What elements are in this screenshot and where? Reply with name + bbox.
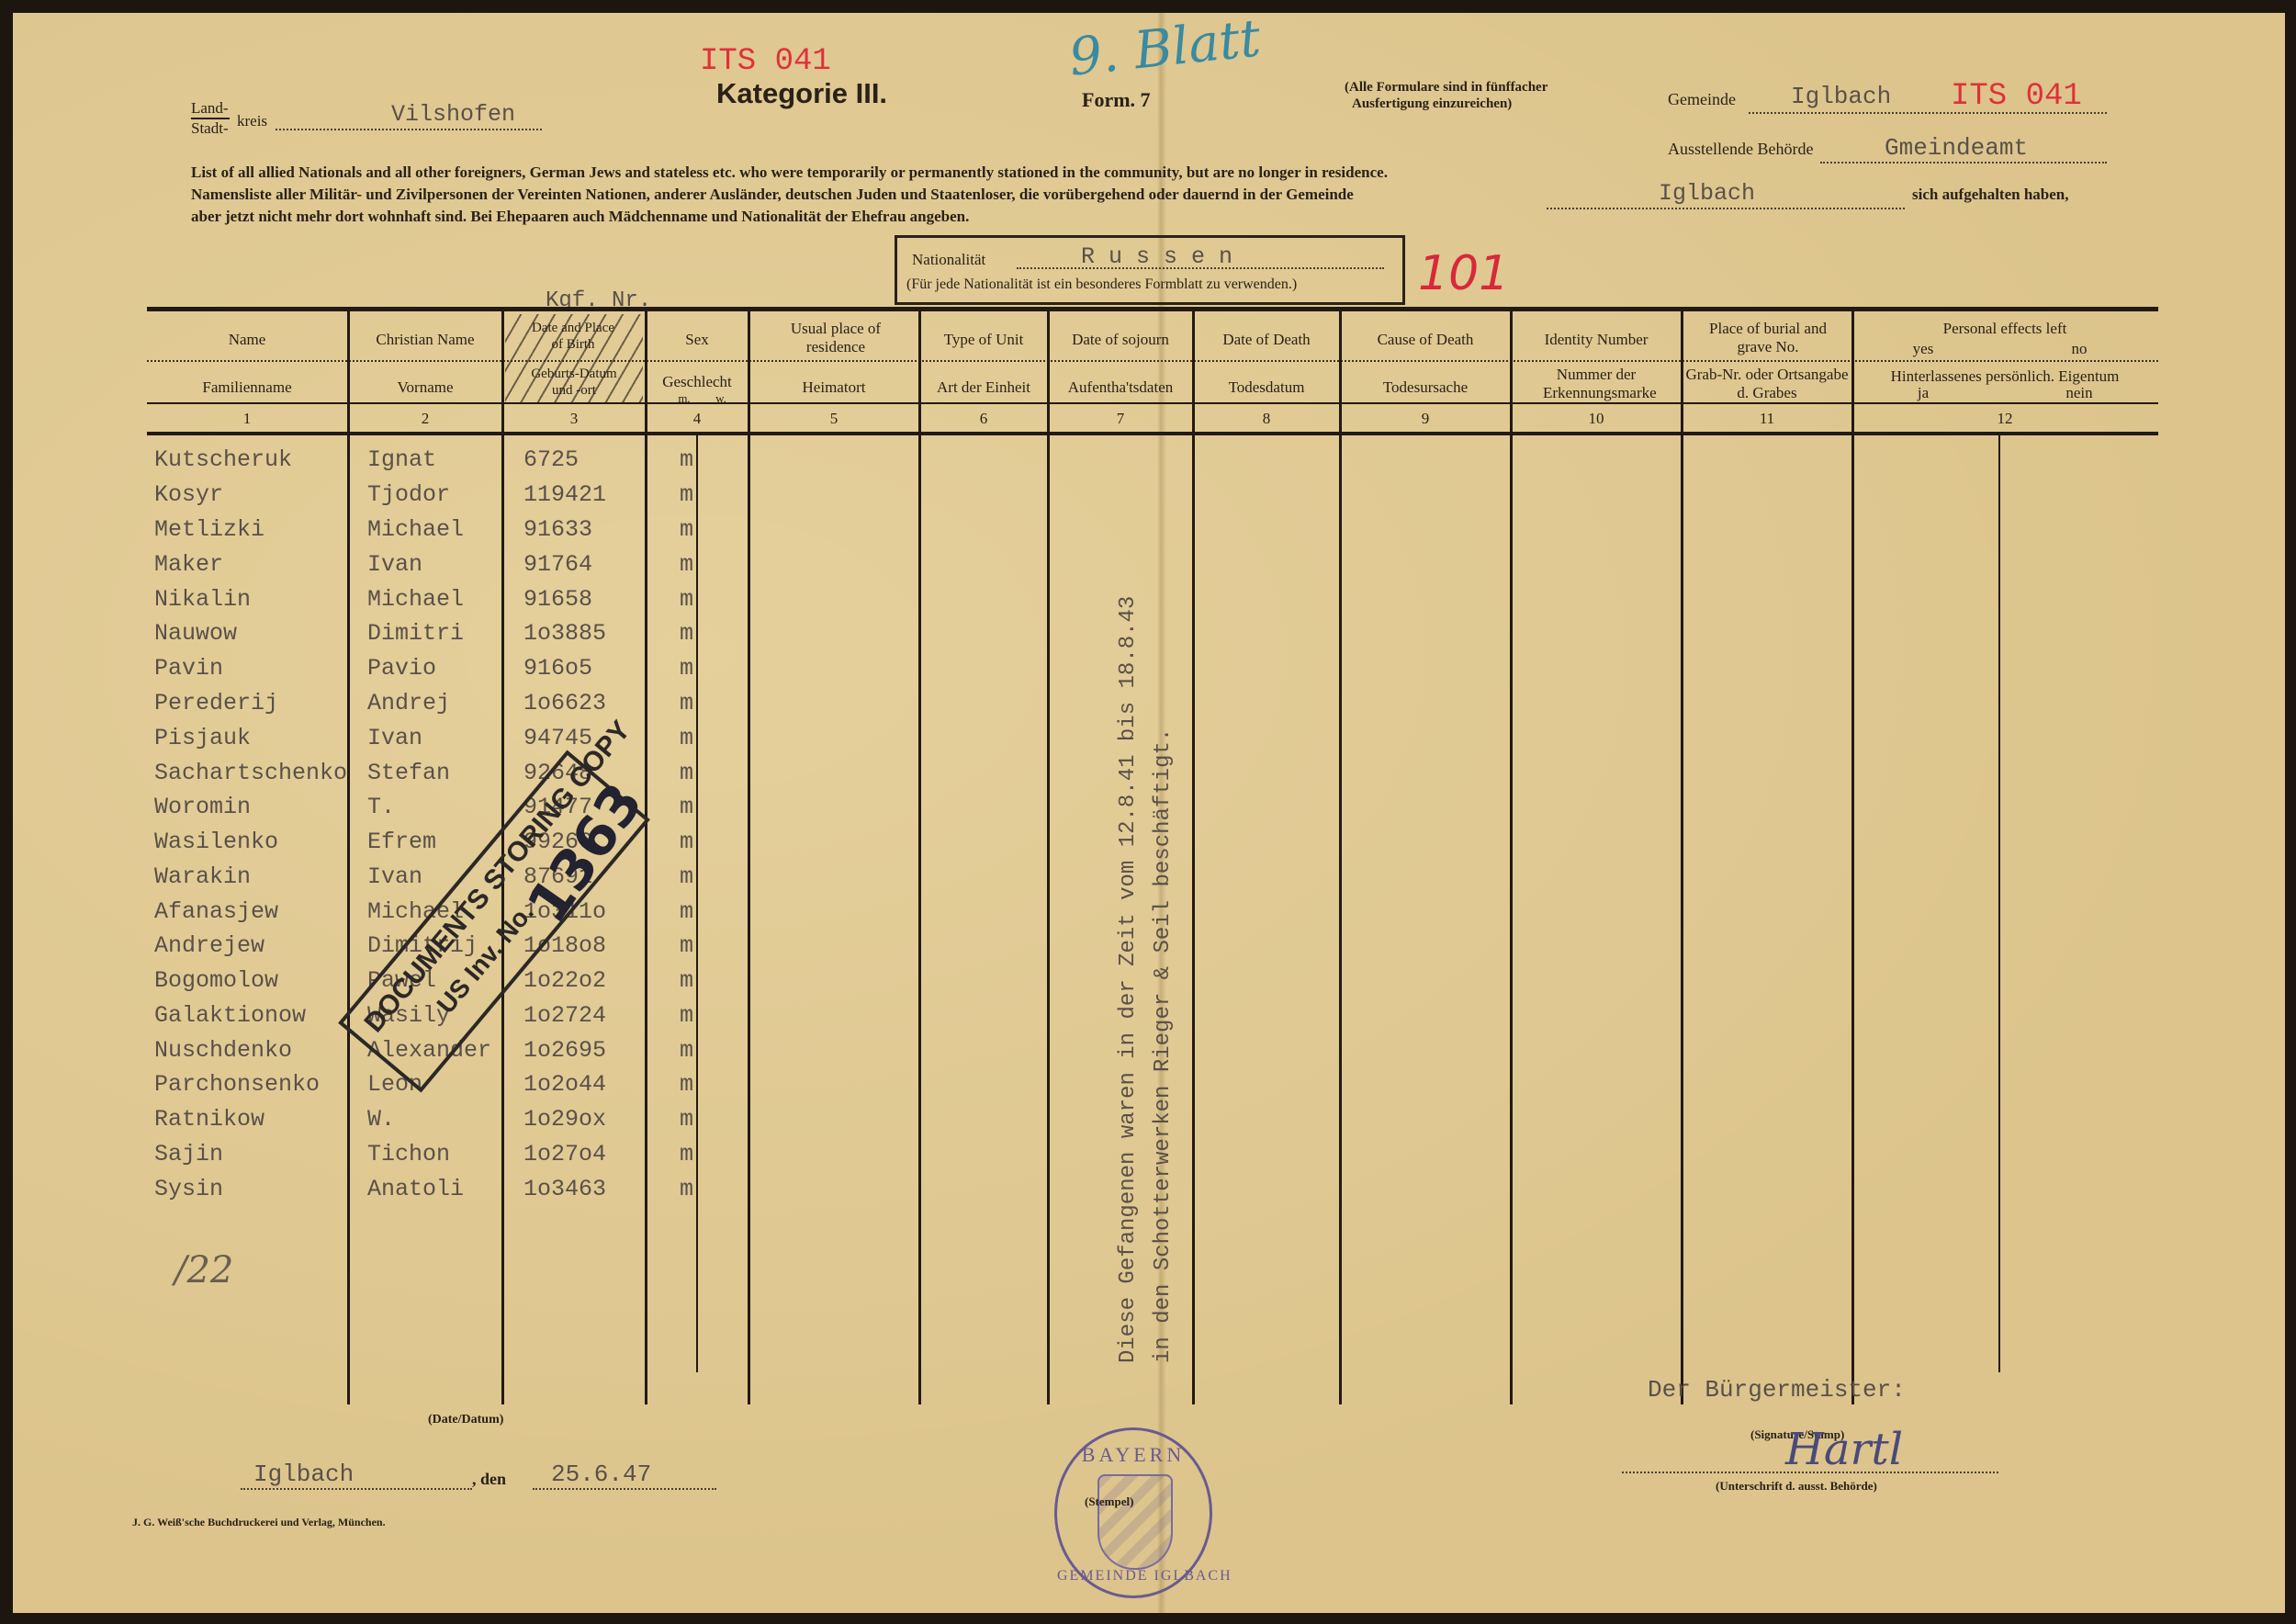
col1-header-de: Familienname: [147, 378, 347, 397]
copies-note-line1: (Alle Formulare sind in fünffacher: [1345, 79, 1548, 96]
sex: m: [680, 967, 693, 994]
family-name: Woromin: [154, 794, 251, 820]
pow-number: 91658: [523, 586, 592, 613]
family-name: Andrejew: [154, 932, 264, 959]
sex: m: [680, 898, 693, 925]
date-field: 25.6.47: [533, 1466, 716, 1490]
sex: m: [680, 1037, 693, 1064]
pow-number: 1o3463: [523, 1176, 606, 1202]
family-name: Nikalin: [154, 586, 251, 613]
col11-header-en: Place of burial and grave No.: [1708, 320, 1828, 356]
family-name: Kosyr: [154, 481, 223, 508]
sex: m: [680, 1002, 693, 1029]
first-name: Michael: [367, 586, 464, 613]
sex: m: [680, 1071, 693, 1098]
date-label: (Date/Datum): [428, 1413, 503, 1427]
header-dotted-divider: [147, 360, 2158, 362]
its-stamp-right: ITS 041: [1951, 79, 2082, 114]
col12-number: 12: [1853, 410, 2156, 428]
sex: m: [680, 863, 693, 890]
family-name: Kutscheruk: [154, 446, 292, 473]
family-name: Afanasjew: [154, 898, 278, 925]
pow-number: 119421: [523, 481, 606, 508]
sex: m: [680, 690, 693, 716]
sex: m: [680, 655, 693, 682]
pow-number: 1o27o4: [523, 1141, 606, 1167]
handwritten-count: /22: [174, 1249, 233, 1291]
col11-header-de: Grab-Nr. oder Ortsangabe d. Grabes: [1683, 366, 1851, 402]
sex: m: [680, 725, 693, 751]
col4-header-en: Sex: [647, 331, 748, 349]
family-name: Wasilenko: [154, 829, 278, 855]
kreis-value: Vilshofen: [391, 101, 515, 128]
behoerde-field: Gmeindeamt: [1820, 136, 2107, 164]
col4-sub-w: w.: [707, 389, 735, 408]
col6-header-de: Art der Einheit: [920, 378, 1047, 397]
seal-bottom-text: GEMEINDE IGLBACH: [1057, 1568, 1210, 1585]
first-name: Andrej: [367, 690, 450, 716]
pow-number: 91633: [523, 516, 592, 543]
family-name: Pavin: [154, 655, 223, 682]
col7-number: 7: [1049, 410, 1192, 428]
first-name: Stefan: [367, 760, 450, 786]
sex: m: [680, 481, 693, 508]
first-name: Tjodor: [367, 481, 450, 508]
sex: m: [680, 551, 693, 578]
nationality-value: R u s s e n: [1081, 243, 1232, 270]
intro-german-line1-end: sich aufgehalten haben,: [1912, 186, 2069, 204]
col10-number: 10: [1512, 410, 1681, 428]
behoerde-label: Ausstellende Behörde: [1668, 140, 1813, 159]
col9-number: 9: [1341, 410, 1510, 428]
behoerde-value: Gmeindeamt: [1885, 134, 2028, 162]
signature-sublabel: (Unterschrift d. ausst. Behörde): [1716, 1479, 1877, 1494]
sex: m: [680, 586, 693, 613]
column-divider: [918, 311, 921, 1404]
sex: m: [680, 1106, 693, 1133]
col8-header-de: Todesdatum: [1194, 378, 1339, 397]
first-name: Michael: [367, 516, 464, 543]
first-name: Ivan: [367, 725, 422, 751]
nationality-label: Nationalität: [912, 251, 985, 269]
gemeinde-value: Iglbach: [1791, 83, 1891, 110]
sojourn-remark-line1: Diese Gefangenen waren in der Zeit vom 1…: [1111, 596, 1146, 1363]
land-stadt-label: Land- Stadt-: [191, 99, 230, 138]
kreis-label: kreis: [237, 112, 267, 130]
nationality-field: R u s s e n: [1017, 251, 1384, 269]
pow-number: 1o2o44: [523, 1071, 606, 1098]
stadt-label: Stadt-: [191, 119, 230, 138]
family-name: Maker: [154, 551, 223, 578]
gemeinde-field: Iglbach ITS 041: [1749, 86, 2107, 114]
intro-gemeinde-value: Iglbach: [1659, 180, 1755, 207]
sex: m: [680, 760, 693, 786]
col12-header-de: Hinterlassenes persönlich. Eigentum: [1853, 367, 2156, 386]
col10-header-de: Nummer der Erkennungsmarke: [1543, 366, 1649, 402]
date-value: 25.6.47: [551, 1460, 651, 1488]
pow-number: 1o2724: [523, 1002, 606, 1029]
coat-of-arms-icon: [1097, 1474, 1173, 1570]
first-name: Ivan: [367, 863, 422, 890]
column-divider: [645, 311, 647, 1404]
col5-header-en: Usual place of residence: [781, 320, 891, 356]
first-name: Anatoli: [367, 1176, 464, 1202]
col2-header-de: Vorname: [349, 378, 501, 397]
handwritten-sheet-number: 9. Blatt: [1066, 8, 1263, 87]
col6-header-en: Type of Unit: [920, 331, 1047, 349]
sex: m: [680, 516, 693, 543]
pow-number: 94745: [523, 725, 592, 751]
handwritten-number-101: 101: [1418, 246, 1509, 301]
col9-header-de: Todesursache: [1341, 378, 1510, 397]
first-name: Ivan: [367, 551, 422, 578]
col3-header-de: Geburts-Datum und -ort: [523, 366, 625, 399]
gemeinde-label: Gemeinde: [1668, 90, 1736, 109]
its-stamp-top: ITS 041: [700, 44, 831, 79]
pow-number: 1o3885: [523, 620, 606, 647]
family-name: Metlizki: [154, 516, 264, 543]
column-divider: [1681, 311, 1683, 1404]
col4-number: 4: [647, 410, 748, 428]
col6-number: 6: [920, 410, 1047, 428]
sex: m: [680, 932, 693, 959]
family-name: Warakin: [154, 863, 251, 890]
number-row-bottom-rule: [147, 432, 2158, 435]
col12-sub-no: no: [2043, 340, 2116, 358]
place-field: Iglbach: [241, 1466, 472, 1490]
sex: m: [680, 620, 693, 647]
col12-sub-ja: ja: [1886, 384, 1960, 402]
form-number: Form. 7: [1082, 88, 1151, 112]
family-name: Nauwow: [154, 620, 237, 647]
intro-gemeinde-field: Iglbach: [1547, 187, 1905, 209]
effects-subdivider: [1998, 435, 2000, 1372]
column-divider: [1047, 311, 1050, 1404]
first-name: Efrem: [367, 829, 436, 855]
family-name: Parchonsenko: [154, 1071, 320, 1098]
col12-sub-nein: nein: [2043, 384, 2116, 402]
col7-header-en: Date of sojourn: [1049, 331, 1192, 349]
kreis-field: Vilshofen: [276, 105, 542, 130]
den-label: , den: [472, 1470, 506, 1489]
copies-note-line2: Ausfertigung einzureichen): [1345, 96, 1548, 112]
col1-header-en: Name: [147, 331, 347, 349]
header-bottom-rule: [147, 402, 2158, 404]
sex-subdivider: [696, 435, 698, 1372]
col2-number: 2: [349, 410, 501, 428]
sex: m: [680, 794, 693, 820]
pow-number: 1o2695: [523, 1037, 606, 1064]
family-name: Bogomolow: [154, 967, 278, 994]
family-name: Sachartschenko: [154, 760, 347, 786]
mayor-label: Der Bürgermeister:: [1648, 1376, 1906, 1404]
stamp-label: (Stempel): [1085, 1494, 1133, 1509]
column-divider: [1339, 311, 1342, 1404]
col4-sub-m: m.: [670, 389, 698, 408]
municipal-seal: BAYERN (Stempel) GEMEINDE IGLBACH: [1054, 1427, 1212, 1598]
col5-number: 5: [749, 410, 918, 428]
col5-header-de: Heimatort: [749, 378, 918, 397]
column-divider: [1851, 311, 1854, 1404]
pow-number: 1o6623: [523, 690, 606, 716]
pow-number: 1o22o2: [523, 967, 606, 994]
column-divider: [748, 311, 750, 1404]
col3-number: 3: [503, 410, 645, 428]
col12-sub-yes: yes: [1886, 340, 1960, 358]
family-name: Pisjauk: [154, 725, 251, 751]
sex: m: [680, 829, 693, 855]
signature-line: [1622, 1459, 1998, 1473]
pow-number: 6725: [523, 446, 579, 473]
column-divider: [347, 311, 350, 1404]
first-name: Tichon: [367, 1141, 450, 1167]
family-name: Sajin: [154, 1141, 223, 1167]
family-name: Sysin: [154, 1176, 223, 1202]
first-name: Pavio: [367, 655, 436, 682]
intro-german-line2: aber jetzt nicht mehr dort wohnhaft sind…: [191, 208, 969, 226]
sex: m: [680, 446, 693, 473]
sex: m: [680, 1141, 693, 1167]
col4-header-de: Geschlecht: [647, 373, 748, 391]
column-divider: [1192, 311, 1195, 1404]
col12-header-en: Personal effects left: [1853, 320, 2156, 338]
first-name: T.: [367, 794, 395, 820]
family-name: Perederij: [154, 690, 278, 716]
col11-number: 11: [1683, 410, 1851, 428]
column-divider: [1510, 311, 1513, 1404]
col3-header-en: Date and Place of Birth: [527, 320, 619, 353]
table-top-rule: [147, 307, 2158, 311]
first-name: W.: [367, 1106, 395, 1133]
col9-header-en: Cause of Death: [1341, 331, 1510, 349]
col2-header-en: Christian Name: [349, 331, 501, 349]
sojourn-remark-line2: in den Schotterwerken Rieger & Seil besc…: [1146, 596, 1181, 1363]
seal-top-text: BAYERN: [1057, 1443, 1210, 1467]
copies-note: (Alle Formulare sind in fünffacher Ausfe…: [1345, 79, 1548, 112]
family-name: Nuschdenko: [154, 1037, 292, 1064]
document-page: ITS 041 Kategorie III. 9. Blatt Form. 7 …: [13, 13, 2285, 1613]
first-name: Ignat: [367, 446, 436, 473]
col1-number: 1: [147, 410, 347, 428]
place-value: Iglbach: [253, 1460, 354, 1488]
sex: m: [680, 1176, 693, 1202]
pow-number: 1o29ox: [523, 1106, 606, 1133]
nationality-note: (Für jede Nationalität ist ein besondere…: [906, 276, 1297, 293]
family-name: Ratnikow: [154, 1106, 264, 1133]
col7-header-de: Aufentha'tsdaten: [1049, 378, 1192, 397]
pow-number: 916o5: [523, 655, 592, 682]
printer-imprint: J. G. Weiß'sche Buchdruckerei und Verlag…: [132, 1516, 386, 1529]
category-title: Kategorie III.: [716, 77, 887, 110]
intro-german-line1: Namensliste aller Militär- und Zivilpers…: [191, 186, 1354, 204]
family-name: Galaktionow: [154, 1002, 306, 1029]
col10-header-en: Identity Number: [1512, 331, 1681, 349]
land-label: Land-: [191, 99, 230, 119]
col8-header-en: Date of Death: [1194, 331, 1339, 349]
col8-number: 8: [1194, 410, 1339, 428]
first-name: Dimitri: [367, 620, 464, 647]
sojourn-remark: Diese Gefangenen waren in der Zeit vom 1…: [1111, 596, 1181, 1363]
pow-number: 91764: [523, 551, 592, 578]
intro-english: List of all allied Nationals and all oth…: [191, 164, 1388, 182]
nationality-box: Nationalität R u s s e n (Für jede Natio…: [895, 235, 1405, 305]
